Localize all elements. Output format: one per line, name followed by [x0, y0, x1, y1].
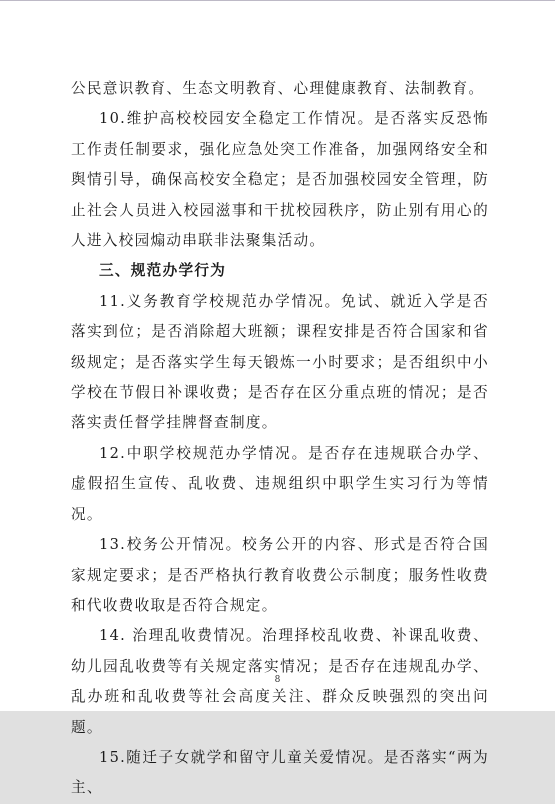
page-body: 公民意识教育、生态文明教育、心理健康教育、法制教育。 10.维护高校校园安全稳定… — [71, 74, 489, 718]
document-page: 公民意识教育、生态文明教育、心理健康教育、法制教育。 10.维护高校校园安全稳定… — [0, 0, 555, 711]
paragraph-item-13: 13.校务公开情况。校务公开的内容、形式是否符合国家规定要求；是否严格执行教育收… — [71, 530, 489, 621]
paragraph-item-12: 12.中职学校规范办学情况。是否存在违规联合办学、虚假招生宣传、乱收费、违规组织… — [71, 439, 489, 530]
section-heading: 三、规范办学行为 — [71, 256, 489, 286]
paragraph-continuation: 公民意识教育、生态文明教育、心理健康教育、法制教育。 — [71, 74, 489, 104]
paragraph-item-14: 14. 治理乱收费情况。治理择校乱收费、补课乱收费、幼儿园乱收费等有关规定落实情… — [71, 621, 489, 718]
page-number: 8 — [0, 675, 555, 685]
paragraph-item-10: 10.维护高校校园安全稳定工作情况。是否落实反恐怖工作责任制要求，强化应急处突工… — [71, 104, 489, 256]
paragraph-item-11: 11.义务教育学校规范办学情况。免试、就近入学是否落实到位；是否消除超大班额；课… — [71, 287, 489, 439]
